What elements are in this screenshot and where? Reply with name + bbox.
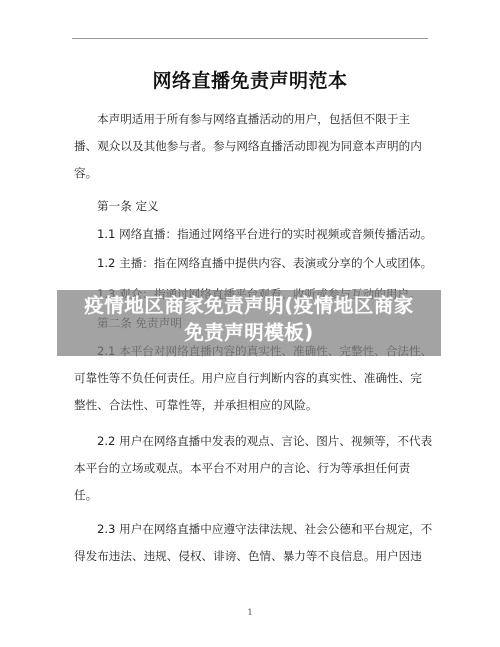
document-line: 1.2 主播：指在网络直播中提供内容、表演或分享的个人或团体。 [97,256,432,270]
document-line: 播、观众以及其他参与者。参与网络直播活动即视为同意本声明的内 [74,139,422,153]
document-line: 整性、合法性、可靠性等，并承担相应的风险。 [74,398,317,412]
page-number: 1 [0,608,500,617]
document-line: 本声明适用于所有参与网络直播活动的用户，包括但不限于主 [97,112,410,126]
document-line: 容。 [74,166,97,180]
overlay-title-line-2: 免责声明模板) [57,319,441,346]
header-rule [72,38,428,39]
document-line: 1.1 网络直播：指通过网络平台进行的实时视频或音频传播活动。 [97,227,432,241]
document-line: 任。 [74,488,97,502]
overlay-title: 疫情地区商家免责声明(疫情地区商家 免责声明模板) [57,292,441,346]
document-line: 本平台的立场或观点。本平台不对用户的言论、行为等承担任何责 [74,461,410,475]
document-line: 第一条 定义 [97,199,159,213]
document-line: 可靠性等不负任何责任。用户应自行判断内容的真实性、准确性、完 [74,371,422,385]
document-title: 网络直播免责声明范本 [0,66,500,93]
document-line: 2.2 用户在网络直播中发表的观点、言论、图片、视频等，不代表 [97,434,432,448]
overlay-title-line-1: 疫情地区商家免责声明(疫情地区商家 [57,292,441,319]
document-line: 2.3 用户在网络直播中应遵守法律法规、社会公德和平台规定，不 [97,522,432,536]
document-line: 得发布违法、违规、侵权、诽谤、色情、暴力等不良信息。用户因违 [74,549,422,563]
